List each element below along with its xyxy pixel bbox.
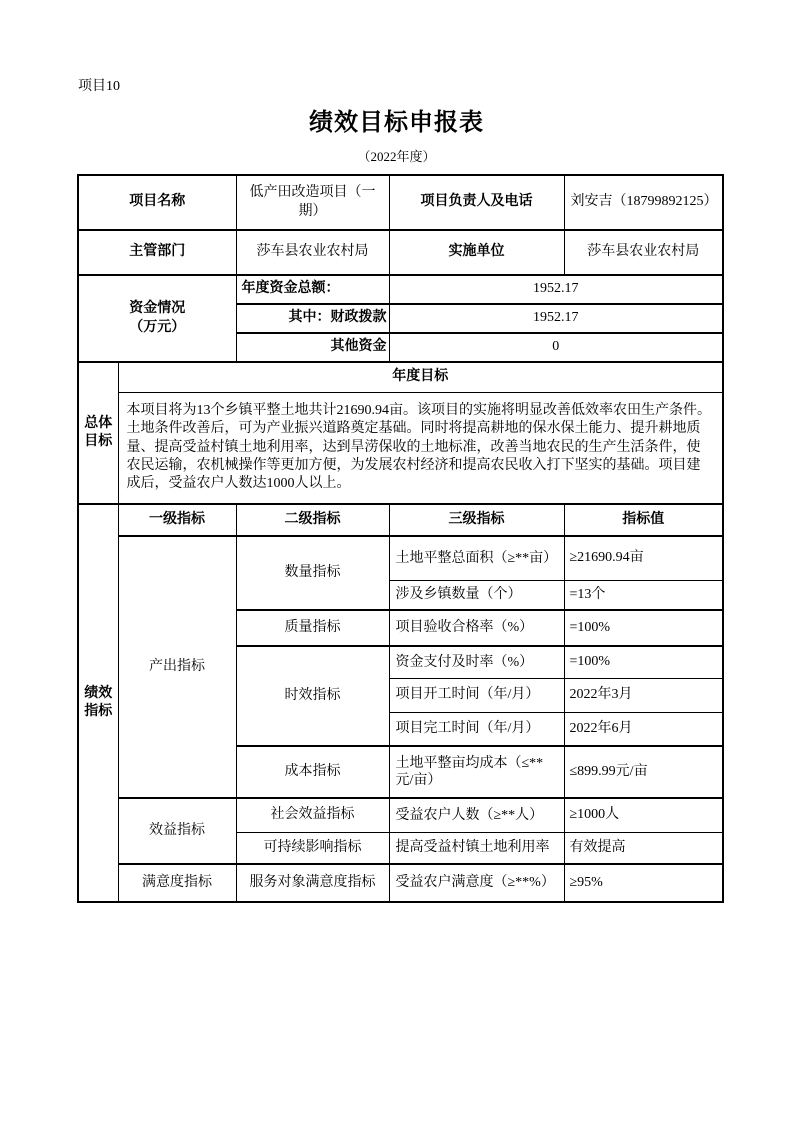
department-row: 主管部门 莎车县农业农村局 实施单位 莎车县农业农村局 [78, 230, 723, 275]
level2-service-satisfaction-indicator: 服务对象满意度指标 [236, 864, 389, 902]
implementing-unit-value: 莎车县农业农村局 [564, 230, 723, 275]
level2-quantity-indicator: 数量指标 [236, 536, 389, 610]
form-year-subtitle: （2022年度） [0, 146, 793, 165]
project-name-row: 项目名称 低产田改造项目（一期） 项目负责人及电话 刘安吉（1879989212… [78, 175, 723, 230]
level2-sustainability-indicator: 可持续影响指标 [236, 832, 389, 864]
level1-header: 一级指标 [118, 504, 236, 536]
indicator-value-cell: ≤899.99元/亩 [564, 746, 723, 798]
indicator-name-cell: 受益农户人数（≥**人） [389, 798, 564, 832]
indicator-value-cell: 2022年6月 [564, 712, 723, 746]
indicator-row: 产出指标 数量指标 土地平整总面积（≥**亩） ≥21690.94亩 [78, 536, 723, 580]
page: 项目10 绩效目标申报表 （2022年度） 项目名称 低产田改造项目（一期） 项… [0, 0, 793, 1122]
project-name-label: 项目名称 [78, 175, 236, 230]
funding-other-label: 其他资金 [236, 333, 389, 362]
level1-output-indicator: 产出指标 [118, 536, 236, 798]
indicator-value-cell: ≥1000人 [564, 798, 723, 832]
department-label: 主管部门 [78, 230, 236, 275]
indicator-header-row: 绩效指标 一级指标 二级指标 三级指标 指标值 [78, 504, 723, 536]
indicator-row: 满意度指标 服务对象满意度指标 受益农户满意度（≥**%） ≥95% [78, 864, 723, 902]
implementing-unit-label: 实施单位 [389, 230, 564, 275]
project-name-value: 低产田改造项目（一期） [236, 175, 389, 230]
funding-fiscal-label: 其中：财政拨款 [236, 304, 389, 333]
indicator-name-cell: 受益农户满意度（≥**%） [389, 864, 564, 902]
indicator-row: 效益指标 社会效益指标 受益农户人数（≥**人） ≥1000人 [78, 798, 723, 832]
indicator-name-cell: 资金支付及时率（%） [389, 646, 564, 678]
indicator-name-cell: 项目完工时间（年/月） [389, 712, 564, 746]
indicator-value-cell: =100% [564, 646, 723, 678]
indicator-name-cell: 项目开工时间（年/月） [389, 678, 564, 712]
funding-total-row: 资金情况（万元） 年度资金总额： 1952.17 [78, 275, 723, 304]
funding-other-value: 0 [389, 333, 723, 362]
indicator-name-cell: 土地平整亩均成本（≤**元/亩） [389, 746, 564, 798]
funding-total-value: 1952.17 [389, 275, 723, 304]
level2-cost-indicator: 成本指标 [236, 746, 389, 798]
annual-goal-header: 年度目标 [118, 362, 723, 392]
funding-total-label: 年度资金总额： [236, 275, 389, 304]
indicator-value-cell: ≥95% [564, 864, 723, 902]
annual-goal-text-row: 本项目将为13个乡镇平整土地共计21690.94亩。该项目的实施将明显改善低效率… [78, 392, 723, 504]
indicator-value-header: 指标值 [564, 504, 723, 536]
department-value: 莎车县农业农村局 [236, 230, 389, 275]
performance-indicator-section-label: 绩效指标 [78, 504, 118, 902]
level2-quality-indicator: 质量指标 [236, 610, 389, 646]
funding-section-label-text: 资金情况（万元） [127, 300, 187, 336]
indicator-value-cell: 2022年3月 [564, 678, 723, 712]
level1-benefit-indicator: 效益指标 [118, 798, 236, 864]
funding-section-label: 资金情况（万元） [78, 275, 236, 362]
performance-target-table: 项目名称 低产田改造项目（一期） 项目负责人及电话 刘安吉（1879989212… [77, 174, 724, 903]
annual-goal-text: 本项目将为13个乡镇平整土地共计21690.94亩。该项目的实施将明显改善低效率… [118, 392, 723, 504]
indicator-value-cell: 有效提高 [564, 832, 723, 864]
indicator-name-cell: 项目验收合格率（%） [389, 610, 564, 646]
indicator-value-cell: =13个 [564, 580, 723, 610]
overall-goal-section-label: 总体目标 [78, 362, 118, 504]
level2-timeliness-indicator: 时效指标 [236, 646, 389, 746]
level3-header: 三级指标 [389, 504, 564, 536]
annual-goal-header-row: 总体目标 年度目标 [78, 362, 723, 392]
project-manager-label: 项目负责人及电话 [389, 175, 564, 230]
indicator-name-cell: 涉及乡镇数量（个） [389, 580, 564, 610]
level1-satisfaction-indicator: 满意度指标 [118, 864, 236, 902]
funding-fiscal-value: 1952.17 [389, 304, 723, 333]
form-title: 绩效目标申报表 [0, 102, 793, 137]
indicator-value-cell: =100% [564, 610, 723, 646]
indicator-name-cell: 土地平整总面积（≥**亩） [389, 536, 564, 580]
doc-number-label: 项目10 [78, 0, 793, 95]
indicator-name-cell: 提高受益村镇土地利用率 [389, 832, 564, 864]
level2-header: 二级指标 [236, 504, 389, 536]
level2-social-benefit-indicator: 社会效益指标 [236, 798, 389, 832]
indicator-value-cell: ≥21690.94亩 [564, 536, 723, 580]
project-manager-value: 刘安吉（18799892125） [564, 175, 723, 230]
